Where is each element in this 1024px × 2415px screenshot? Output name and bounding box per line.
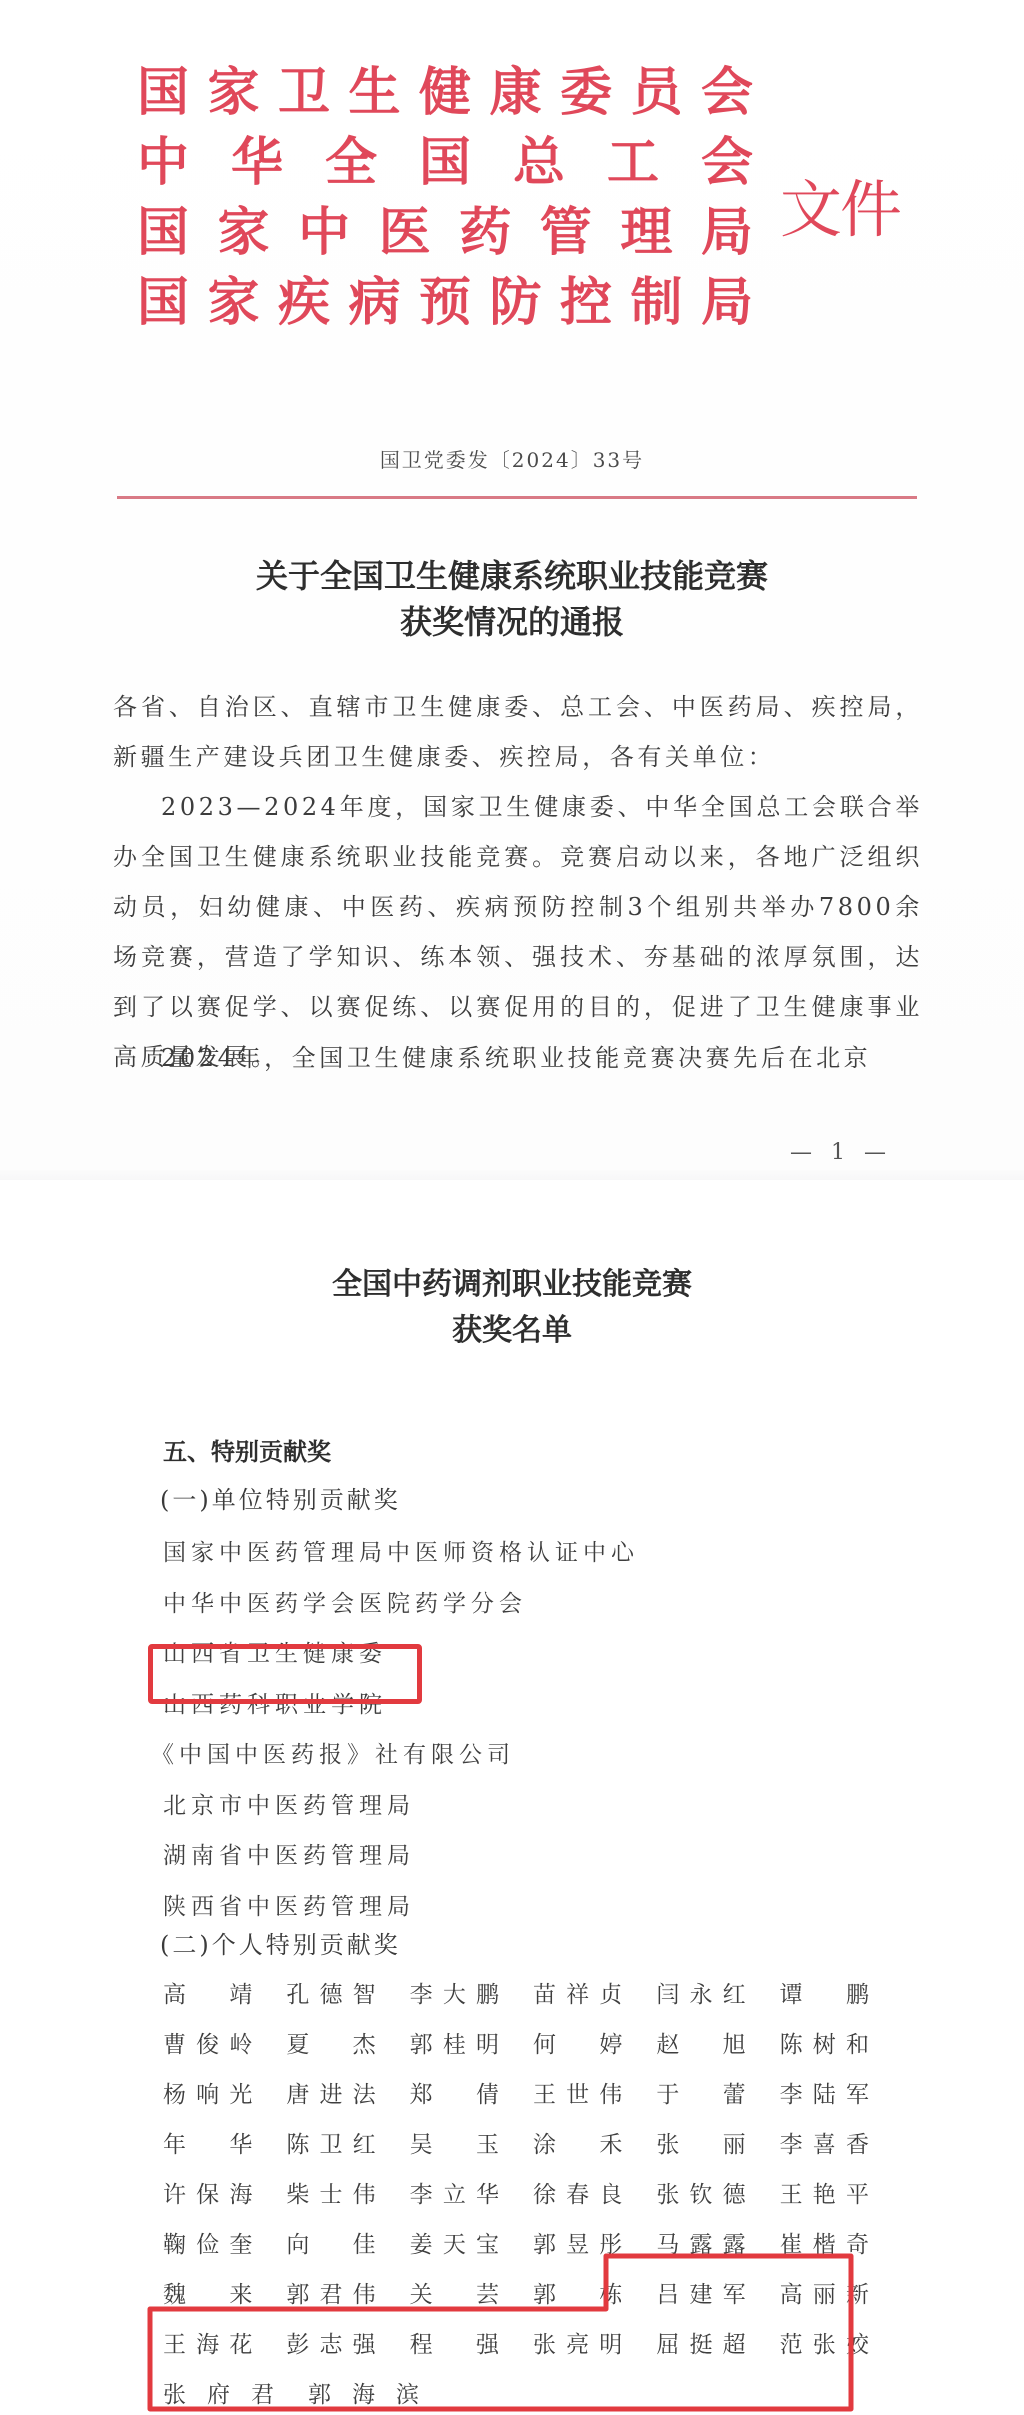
awardee-name: 魏来 [163, 2270, 252, 2320]
unit-award-item: 山西省卫生健康委 [163, 1629, 639, 1680]
awardee-name: 柴士伟 [286, 2170, 375, 2220]
section-heading: 五、特别贡献奖 [163, 1432, 331, 1467]
awardee-name: 徐春良 [533, 2170, 622, 2220]
paragraph-2: 2024年，全国卫生健康系统职业技能竞赛决赛先后在北京 [113, 1033, 923, 1083]
document-title: 关于全国卫生健康系统职业技能竞赛 获奖情况的通报 [0, 553, 1024, 645]
awardee-name: 王世伟 [533, 2070, 622, 2120]
awardee-name: 郑倩 [410, 2070, 499, 2120]
awardee-name: 张钦德 [656, 2170, 745, 2220]
awardee-name: 关芸 [410, 2270, 499, 2320]
awardee-name: 郭昱彤 [533, 2220, 622, 2270]
awardee-name: 崔楷奇 [780, 2220, 869, 2270]
awardee-name: 唐进法 [286, 2070, 375, 2120]
issuer-char: 总 [511, 128, 567, 198]
issuer-char: 卫 [276, 58, 332, 128]
awardee-name: 孔德智 [286, 1970, 375, 2020]
individual-award-grid: 高靖孔德智李大鹏苗祥贞闫永红谭鹏曹俊岭夏杰郭桂明何婷赵旭陈树和杨响光唐进法郑倩王… [163, 1970, 903, 2415]
issuer-line: 中华全国总工会 [135, 128, 755, 198]
awardee-name: 王艳平 [780, 2170, 869, 2220]
awardee-name: 高丽新 [780, 2270, 869, 2320]
issuer-char: 国 [135, 198, 191, 268]
awardee-name: 李喜香 [780, 2120, 869, 2170]
issuer-char: 家 [206, 268, 262, 338]
issuer-char: 家 [206, 58, 262, 128]
awardee-name: 陈卫红 [286, 2120, 375, 2170]
issuer-char: 局 [699, 268, 755, 338]
issuer-char: 家 [216, 198, 272, 268]
awardee-name: 吴玉 [410, 2120, 499, 2170]
issuer-char: 预 [417, 268, 473, 338]
issuer-char: 国 [135, 268, 191, 338]
awardee-name: 彭志强 [286, 2320, 375, 2370]
awardee-name: 苗祥贞 [533, 1970, 622, 2020]
issuer-char: 局 [699, 198, 755, 268]
salutation: 各省、自治区、直辖市卫生健康委、总工会、中医药局、疾控局，新疆生产建设兵团卫生健… [113, 682, 923, 782]
awardee-name: 张亮明 [533, 2320, 622, 2370]
issuer-line: 国家卫生健康委员会 [135, 58, 755, 128]
awardee-name: 李大鹏 [410, 1970, 499, 2020]
unit-award-list: 国家中医药管理局中医师资格认证中心 中华中医药学会医院药学分会 山西省卫生健康委… [163, 1528, 639, 1932]
awardee-name: 范张姣 [780, 2320, 869, 2370]
paragraph-2-text: 2024年，全国卫生健康系统职业技能竞赛决赛先后在北京 [113, 1033, 923, 1083]
title-line-1: 关于全国卫生健康系统职业技能竞赛 [0, 553, 1024, 599]
awardee-name: 吕建军 [656, 2270, 745, 2320]
unit-award-item: 北京市中医药管理局 [163, 1781, 639, 1832]
salutation-text: 各省、自治区、直辖市卫生健康委、总工会、中医药局、疾控局，新疆生产建设兵团卫生健… [113, 682, 923, 782]
issuer-line: 国家中医药管理局 [135, 198, 755, 268]
issuing-authorities: 国家卫生健康委员会 中华全国总工会 国家中医药管理局 国家疾病预防控制局 [135, 58, 755, 338]
awardee-name: 张丽 [656, 2120, 745, 2170]
awardee-name: 张府君 [163, 2370, 274, 2415]
name-row: 高靖孔德智李大鹏苗祥贞闫永红谭鹏 [163, 1970, 903, 2020]
issuer-char: 员 [629, 58, 685, 128]
awardee-name: 屈挺超 [656, 2320, 745, 2370]
name-row: 魏来郭君伟关芸郭栋吕建军高丽新 [163, 2270, 903, 2320]
awardee-name: 鞠俭奎 [163, 2220, 252, 2270]
name-row: 鞠俭奎向佳姜天宝郭昱彤马露露崔楷奇 [163, 2220, 903, 2270]
awardee-name: 马露露 [656, 2220, 745, 2270]
award-list-title: 全国中药调剂职业技能竞赛 获奖名单 [0, 1262, 1024, 1354]
awardee-name: 涂禾 [533, 2120, 622, 2170]
issuer-char: 病 [347, 268, 403, 338]
issuer-char: 中 [135, 128, 191, 198]
unit-award-item: 国家中医药管理局中医师资格认证中心 [163, 1528, 639, 1579]
red-divider-rule [117, 496, 917, 499]
awardee-name: 夏杰 [286, 2020, 375, 2070]
awardee-name: 郭君伟 [286, 2270, 375, 2320]
issuer-char: 会 [699, 58, 755, 128]
issuer-char: 全 [323, 128, 379, 198]
awardee-name: 闫永红 [656, 1970, 745, 2020]
issuer-char: 制 [629, 268, 685, 338]
name-row: 许保海柴士伟李立华徐春良张钦德王艳平 [163, 2170, 903, 2220]
issuer-char: 委 [558, 58, 614, 128]
issuer-char: 管 [538, 198, 594, 268]
title-line-2: 获奖情况的通报 [0, 599, 1024, 645]
name-row: 杨响光唐进法郑倩王世伟于蕾李陆军 [163, 2070, 903, 2120]
awardee-name: 郭海滨 [308, 2370, 419, 2415]
awardee-name: 向佳 [286, 2220, 375, 2270]
awardee-name: 杨响光 [163, 2070, 252, 2120]
issuer-char: 疾 [276, 268, 332, 338]
awardee-name: 年华 [163, 2120, 252, 2170]
issuer-char: 会 [699, 128, 755, 198]
awardee-name: 郭栋 [533, 2270, 622, 2320]
awardee-name: 姜天宝 [410, 2220, 499, 2270]
issuer-line: 国家疾病预防控制局 [135, 268, 755, 338]
name-row: 年华陈卫红吴玉涂禾张丽李喜香 [163, 2120, 903, 2170]
name-row: 王海花彭志强程强张亮明屈挺超范张姣 [163, 2320, 903, 2370]
issuer-char: 健 [417, 58, 473, 128]
document-type-label: 文件 [780, 160, 900, 249]
awardee-name: 李陆军 [780, 2070, 869, 2120]
issuer-char: 生 [347, 58, 403, 128]
document-number: 国卫党委发〔2024〕33号 [0, 444, 1024, 473]
page-number: — 1 — [790, 1140, 892, 1165]
name-row: 曹俊岭夏杰郭桂明何婷赵旭陈树和 [163, 2020, 903, 2070]
name-row: 张府君郭海滨 [163, 2370, 903, 2415]
unit-award-item: 中华中医药学会医院药学分会 [163, 1579, 639, 1630]
unit-award-item: 湖南省中医药管理局 [163, 1831, 639, 1882]
awardee-name: 赵旭 [656, 2020, 745, 2070]
issuer-char: 理 [618, 198, 674, 268]
awardee-name: 许保海 [163, 2170, 252, 2220]
issuer-char: 药 [457, 198, 513, 268]
awardee-name: 郭桂明 [410, 2020, 499, 2070]
unit-award-item: 《中国中医药报》社有限公司 [151, 1730, 639, 1781]
issuer-char: 国 [135, 58, 191, 128]
issuer-char: 控 [558, 268, 614, 338]
issuer-char: 中 [296, 198, 352, 268]
title-line-1: 全国中药调剂职业技能竞赛 [0, 1262, 1024, 1308]
issuer-char: 国 [417, 128, 473, 198]
issuer-char: 防 [488, 268, 544, 338]
issuer-char: 康 [488, 58, 544, 128]
issuer-char: 华 [229, 128, 285, 198]
unit-award-item-highlighted: 山西药科职业学院 [163, 1680, 639, 1731]
awardee-name: 李立华 [410, 2170, 499, 2220]
awardee-name: 程强 [410, 2320, 499, 2370]
awardee-name: 陈树和 [780, 2020, 869, 2070]
individual-award-heading: (二)个人特别贡献奖 [160, 1925, 401, 1960]
issuer-char: 工 [605, 128, 661, 198]
awardee-name: 何婷 [533, 2020, 622, 2070]
awardee-name: 谭鹏 [780, 1970, 869, 2020]
awardee-name: 曹俊岭 [163, 2020, 252, 2070]
awardee-name: 王海花 [163, 2320, 252, 2370]
unit-award-heading: (一)单位特别贡献奖 [160, 1480, 401, 1515]
issuer-char: 医 [377, 198, 433, 268]
title-line-2: 获奖名单 [0, 1308, 1024, 1354]
document-page-1: 国家卫生健康委员会 中华全国总工会 国家中医药管理局 国家疾病预防控制局 文件 … [0, 0, 1024, 1180]
awardee-name: 于蕾 [656, 2070, 745, 2120]
awardee-name: 高靖 [163, 1970, 252, 2020]
